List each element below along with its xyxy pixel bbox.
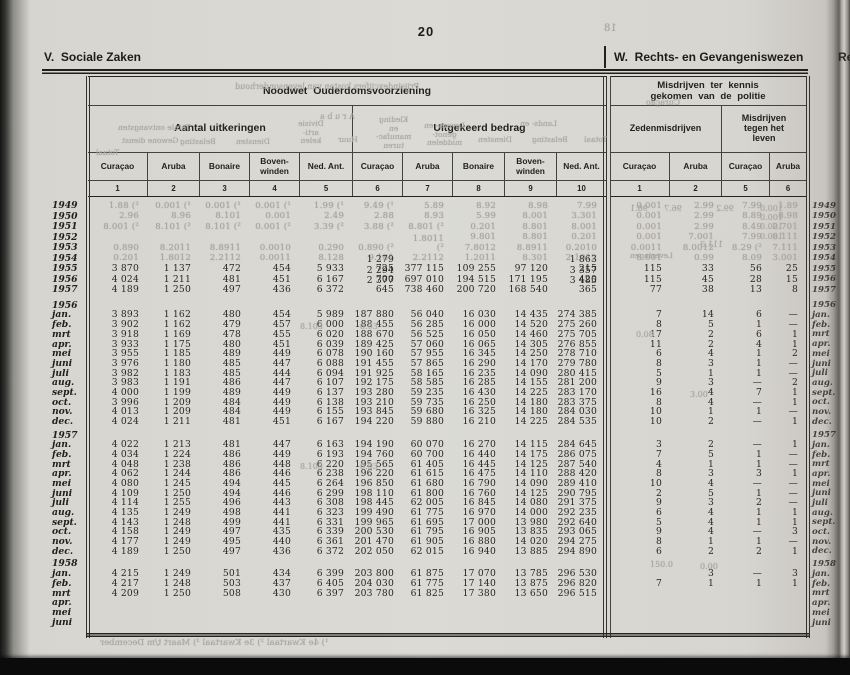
left-table-cell: 8.93 (403, 212, 453, 221)
bleed-through-text: ¹) 4e Kwartaal ²) 3e Kwartaal ³) Maart t… (100, 639, 328, 649)
right-table-cell: 0.001 (610, 212, 670, 221)
row-label: 1950 (50, 212, 88, 221)
left-table-cell: 1.8011 (² (403, 235, 453, 252)
right-table-cell: — (770, 460, 806, 469)
left-table-cell: 0.0011 (250, 254, 300, 263)
right-table-cell: 2 (670, 440, 722, 449)
left-table-cell: 61 825 (403, 589, 453, 598)
bleed-through-text: 96.7 (664, 204, 682, 213)
rcol-curacao: Curaçao (610, 153, 670, 180)
colnum-2: 2 (148, 181, 200, 196)
left-table-cell: 494 (200, 479, 250, 488)
left-table-cell: 57 865 (403, 359, 453, 368)
left-table-cell: 1 180 (148, 359, 200, 368)
bleed-through-text: Belasting (532, 136, 568, 145)
row-label: juni (50, 359, 88, 368)
table-row: jan.4 2151 2495014346 399203 80061 87517… (50, 569, 846, 579)
left-table-cell: 62 015 (403, 547, 453, 556)
left-table-cell: 478 (200, 330, 250, 339)
right-table-cell: — (722, 479, 770, 488)
row-label: 1949 (50, 201, 88, 210)
left-table-cell: 4 024 (88, 417, 148, 426)
row-label: mrt (50, 330, 88, 339)
bleed-through-text: Diensten (478, 136, 512, 145)
right-table-cell: 3 (770, 527, 806, 536)
left-table-cell: 1.2011 (453, 254, 505, 263)
rcolnum-6: 6 (770, 181, 806, 196)
col-bonaire: Bonaire (200, 153, 250, 180)
right-table-cell: 1 (670, 460, 722, 469)
left-table-cell: 0.201 (453, 223, 505, 232)
left-table-cell: 193 280 (353, 388, 403, 397)
table-row: feb.4 2171 2485034376 405204 03061 77517… (50, 578, 846, 588)
left-table-cell: 14 460 (505, 330, 557, 339)
right-table-cell: 1 (722, 460, 770, 469)
left-table-cell: 7.8012 (453, 244, 505, 253)
left-table-cell: 4 024 (88, 275, 148, 284)
left-table-cell: 8.101 (² (200, 223, 250, 232)
right-table-cell: 1 (770, 518, 806, 527)
left-table-cell: 1.99 (¹ (300, 202, 353, 211)
left-table-cell: 503 (200, 579, 250, 588)
rcolnum-5: 5 (722, 181, 770, 196)
row-label: aug. (50, 508, 88, 517)
colnum-7: 7 (403, 181, 453, 196)
left-table-cell: 202 050 (353, 547, 403, 556)
left-table-cell: 8.8911 (505, 244, 557, 253)
right-table-cell: 0.99 (670, 254, 722, 263)
bleed-through-text: Belasting (180, 138, 216, 147)
left-table-cell: 17 140 (453, 579, 505, 588)
right-table-cell: 4 (670, 349, 722, 358)
right-table-cell: — (722, 378, 770, 387)
right-table-cell: 3 (670, 378, 722, 387)
left-table-cell: 6 088 (300, 359, 353, 368)
right-table-cell: 45 (670, 275, 722, 284)
right-table-cell: 0.001 (610, 233, 670, 242)
left-table-cell: 495 (200, 537, 250, 546)
left-table-cell: 17 070 (453, 569, 505, 578)
right-table-cell: 1 (670, 369, 722, 378)
right-table-cell: — (722, 527, 770, 536)
bleed-through-text: A r u b a (320, 112, 355, 121)
right-table-cell: 1 (722, 349, 770, 358)
left-table-cell: 4 189 (88, 547, 148, 556)
row-label: sept. (50, 388, 88, 397)
right-table-cell: 1 (670, 537, 722, 546)
right-table-cell: 2 (670, 340, 722, 349)
right-table-cell: — (722, 569, 770, 578)
table-row: mrt3 9181 1694784556 020188 67056 52516 … (50, 329, 846, 339)
table-row: 19574 1891 2504974366 3722 377 645738 46… (50, 284, 846, 295)
left-table-cell: 4 000 (88, 388, 148, 397)
left-table-cell: 6 372 (300, 547, 353, 556)
right-table-cell: 28 (722, 275, 770, 284)
left-table-cell: 2.49 (300, 212, 353, 221)
left-table-cell: 6 399 (300, 569, 353, 578)
left-table-cell: 1 250 (148, 285, 200, 294)
left-table-cell: 437 (250, 579, 300, 588)
left-table-cell: 8.92 (453, 202, 505, 211)
left-table-cell: 3 485 365 (557, 276, 606, 294)
colnum-8: 8 (453, 181, 505, 196)
table-row: juni3 9761 1804854476 088191 45557 86516… (50, 358, 846, 368)
left-table-cell: 14 225 (505, 388, 557, 397)
left-table-cell: 8.801 (505, 233, 557, 242)
left-table-cell: 296 530 (557, 569, 606, 578)
left-table-cell: 9.801 (453, 233, 505, 242)
bleed-through-text: 98.1 (630, 204, 648, 213)
left-table-cell: 171 195 (505, 275, 557, 284)
bleed-through-text: Totaal (96, 149, 119, 158)
left-table-cell: 1 224 (148, 450, 200, 459)
left-table-cell: 436 (250, 547, 300, 556)
table-row: dec.4 0241 2114814516 167194 22059 88016… (50, 417, 846, 427)
right-table-cell: 77 (610, 285, 670, 294)
left-table-cell: 489 (200, 388, 250, 397)
right-table-cell: 1 (770, 417, 806, 426)
right-table-cell: 1 (770, 579, 806, 588)
left-table-cell: 61 775 (403, 579, 453, 588)
colnum-3: 3 (200, 181, 250, 196)
right-table-cell: 2 (722, 547, 770, 556)
left-table-cell: 283 170 (557, 388, 606, 397)
left-table-cell: 0.201 (88, 254, 148, 263)
col-curacao-2: Curaçao (353, 153, 403, 180)
left-table-cell: 16 940 (453, 547, 505, 556)
bleed-through-text: Leveringen (630, 252, 673, 261)
col-ned-ant: Ned. Ant. (300, 153, 353, 180)
left-table-cell: 200 720 (453, 285, 505, 294)
left-table-cell: 481 (200, 417, 250, 426)
row-label: 1951 (50, 222, 88, 231)
left-table-cell: 479 (200, 320, 250, 329)
right-table-cell: 2 (770, 378, 806, 387)
left-table-cell: 1 248 (148, 579, 200, 588)
left-table-cell: 8.001 (² (88, 223, 148, 232)
left-table-cell: 61 775 (403, 508, 453, 517)
section-title-right: W. Rechts- en Gevangeniswezen (614, 50, 803, 64)
bleed-through-text: Kleding en manufac- turen (376, 116, 411, 151)
left-table-cell: 501 (200, 569, 250, 578)
right-table-cell: — (770, 320, 806, 329)
bleed-through-text: 0.03 (360, 462, 378, 471)
left-table-cell: 6 372 (300, 285, 353, 294)
right-table-cell: 4 (722, 340, 770, 349)
right-table-cell: 7 (610, 579, 670, 588)
right-table-cell: 3 (670, 359, 722, 368)
left-table-cell: 296 515 (557, 589, 606, 598)
left-table-cell: 3.88 (² (353, 223, 403, 232)
left-table-cell: 5.89 (403, 202, 453, 211)
left-table-cell: 3 902 (88, 320, 148, 329)
row-label: 1955 (50, 264, 88, 273)
right-table-cell: 1 (770, 508, 806, 517)
left-table-cell: 1 211 (148, 275, 200, 284)
right-table-cell: 25 (770, 264, 806, 273)
left-table-cell: 449 (250, 450, 300, 459)
right-table-cell: 1 (770, 330, 806, 339)
right-table-cell: 1 (670, 407, 722, 416)
left-table-cell: 0.001 (² (250, 223, 300, 232)
left-table-cell: 508 (200, 589, 250, 598)
left-table-cell: 1.8012 (148, 254, 200, 263)
left-table-cell: 292 235 (557, 508, 606, 517)
left-table-cell: 8.96 (148, 212, 200, 221)
right-table-cell: — (770, 369, 806, 378)
right-table-cell: 1 (722, 579, 770, 588)
right-table-cell: 16 (610, 388, 670, 397)
left-table-cell: 4 215 (88, 569, 148, 578)
right-table-cell: 38 (670, 285, 722, 294)
left-table-cell: 61 680 (403, 479, 453, 488)
left-table-cell: 440 (250, 537, 300, 546)
left-table-cell: 447 (250, 359, 300, 368)
table-row: mrt4 2091 2505084306 397203 78061 82517 … (50, 588, 846, 598)
left-table-cell: 485 (200, 359, 250, 368)
left-table-cell: 451 (250, 417, 300, 426)
right-table-cell: 7 (610, 450, 670, 459)
left-table-cell: 17 380 (453, 589, 505, 598)
left-table-cell: 13 785 (505, 569, 557, 578)
table-row: mei3 9551 1854894496 078190 16057 95516 … (50, 349, 846, 359)
left-table-cell: 486 (200, 450, 250, 459)
right-table-column-names: Curaçao Aruba Curaçao Aruba (610, 153, 806, 181)
section-title-left: V. Sociale Zaken (44, 50, 141, 64)
bleed-through-text: 8.103 (300, 322, 323, 331)
left-table-cell: 0.2010 (557, 244, 606, 253)
right-table-cell: — (770, 489, 806, 498)
col-bonaire-2: Bonaire (453, 153, 505, 180)
right-table-cell: 1 (722, 518, 770, 527)
left-table-cell: 16 880 (453, 537, 505, 546)
table-row: 19540.2011.80122.21120.00118.1289.1812.2… (50, 253, 846, 264)
left-table-cell: 8.001 (505, 212, 557, 221)
left-table-cell: 445 (250, 479, 300, 488)
right-table-cell: 115 (610, 264, 670, 273)
next-page-edge-text: Re (838, 50, 850, 64)
left-table-cell: 430 (250, 589, 300, 598)
left-table-cell: 6 405 (300, 579, 353, 588)
left-table-cell: 8.128 (300, 254, 353, 263)
right-table-cell: 1 (722, 489, 770, 498)
bleed-through-text: Prijsindexcijfers kosten van levensonder… (235, 82, 419, 91)
left-table-cell: 8.101 (200, 212, 250, 221)
right-table-column-numbers: 1 2 5 6 (610, 181, 806, 197)
left-table-cell: 286 075 (557, 450, 606, 459)
right-table-cell: 1 (722, 407, 770, 416)
left-table-cell: 498 (200, 508, 250, 517)
right-table-cell: 1 (770, 440, 806, 449)
table-row: junijuni (50, 617, 846, 627)
table-row: aug.4 1351 2494984416 323199 49061 77516… (50, 508, 846, 518)
section-divider-line (604, 46, 606, 68)
table-row: feb.3 9021 1624794576 000188 45556 28516… (50, 320, 846, 330)
bleed-through-text: 8.103 (300, 462, 323, 471)
year-block-label-row: 19581958 (50, 559, 846, 569)
row-label: dec. (50, 547, 88, 556)
right-table-cell: — (770, 537, 806, 546)
left-table-cell: 1 199 (148, 388, 200, 397)
right-table-cell: — (722, 440, 770, 449)
left-table-cell: 294 890 (557, 547, 606, 556)
right-table-group-row: Zedenmisdrijven Misdrijven tegen het lev… (610, 106, 806, 153)
left-table-cell: 1 162 (148, 320, 200, 329)
right-table-cell: 1 (722, 369, 770, 378)
left-table-cell: 296 820 (557, 579, 606, 588)
left-table-cell: 0.001 (¹ (200, 202, 250, 211)
bleed-through-text: 150.0 (650, 560, 673, 569)
right-table-cell: 14 (670, 310, 722, 319)
right-table-cell: 0.001 (610, 223, 670, 232)
left-table-cell: 8.101 (² (148, 223, 200, 232)
left-table-cell: 449 (250, 388, 300, 397)
right-table-cell: 8 (610, 537, 670, 546)
bleed-through-text: Diensten (236, 138, 270, 147)
left-table-cell: 13 885 (505, 547, 557, 556)
right-table-cell: 3 (670, 469, 722, 478)
bleed-through-text: Lands- en (520, 120, 557, 129)
right-table-cell: 3 (670, 498, 722, 507)
row-label: dec. (50, 417, 88, 426)
left-table-cell: 14 170 (505, 359, 557, 368)
left-table-cell: 109 255 (453, 264, 505, 273)
right-table-cell: 1 (722, 537, 770, 546)
right-table-cell: 1 (770, 340, 806, 349)
left-table-cell: 199 490 (353, 508, 403, 517)
left-table-cell: 294 275 (557, 537, 606, 546)
left-table-cell: 8.301 (505, 254, 557, 263)
right-table-cell: 33 (670, 264, 722, 273)
col-ned-ant-2: Ned. Ant. (557, 153, 606, 180)
bleed-through-text: Levens- en genot- middelen (424, 122, 465, 148)
left-table-cell: 6 167 (300, 417, 353, 426)
right-table-cell: 1 (770, 469, 806, 478)
right-table-cell: 8.29 (² (722, 244, 770, 253)
rcolnum-2: 2 (670, 181, 722, 196)
right-table-cell: 5 (670, 450, 722, 459)
left-table-cell: 4 034 (88, 450, 148, 459)
left-table-cell: 1 245 (148, 479, 200, 488)
left-table-cell: 8.801 (² (403, 223, 453, 232)
row-label: 1954 (50, 254, 88, 263)
left-table-cell: 0.890 (² (353, 244, 403, 253)
left-table-cell: 14 520 (505, 320, 557, 329)
col-aruba: Aruba (148, 153, 200, 180)
right-table-cell: 2 (670, 547, 722, 556)
left-table-cell: 4 209 (88, 589, 148, 598)
col-aruba-2: Aruba (403, 153, 453, 180)
left-table-cell: 61 905 (403, 537, 453, 546)
table-bottom-double-rule (86, 633, 809, 637)
book-binding-shadow (0, 0, 30, 659)
left-table-cell: 1 137 (148, 264, 200, 273)
left-table-cell: 3 918 (88, 330, 148, 339)
row-label: 1957 (50, 285, 88, 294)
left-table-cell: 455 (250, 330, 300, 339)
left-table-cell: 275 705 (557, 330, 606, 339)
right-table-cell: 1 (770, 547, 806, 556)
bleed-through-text: Totale ontvangsten (118, 124, 190, 133)
right-table-cell: 13 (722, 285, 770, 294)
left-table-cell: 2 377 645 (353, 276, 403, 294)
table-row: apr.apr. (50, 598, 846, 608)
left-table-cell: 8.2011 (148, 244, 200, 253)
right-table-cell: 1 (722, 508, 770, 517)
left-table-cell: 2.88 (353, 212, 403, 221)
left-table-cell: 434 (250, 569, 300, 578)
left-table-cell: 13 650 (505, 589, 557, 598)
right-table-cell: 1 (670, 579, 722, 588)
bleed-through-text: 3.00 (690, 390, 708, 399)
left-table-cell: 188 670 (353, 330, 403, 339)
left-table-cell: 6 137 (300, 388, 353, 397)
bleed-through-text: Gewone dienst (122, 137, 178, 146)
row-label: jan. (50, 569, 88, 578)
left-table-cell: 6 193 (300, 450, 353, 459)
left-table-cell: 0.001 (¹ (250, 202, 300, 211)
table-row: 19530.8908.20118.89110.00100.2900.890 (²… (50, 242, 846, 253)
right-table-cell: — (770, 310, 806, 319)
left-table-cell: 14 090 (505, 479, 557, 488)
left-table-cell: 8.98 (505, 202, 557, 211)
table-row: 19553 8701 1374724545 9331 279 725377 11… (50, 263, 846, 274)
left-table-cell: 14 175 (505, 450, 557, 459)
row-label: mei (50, 479, 88, 488)
right-table-cell: 8 (610, 320, 670, 329)
left-table-cell: 4 080 (88, 479, 148, 488)
right-table-cell: 2 (670, 417, 722, 426)
left-table-cell: 289 410 (557, 479, 606, 488)
left-table-cell: 481 (200, 275, 250, 284)
right-table-cell: 4 (670, 527, 722, 536)
right-table-cell: 15 (770, 275, 806, 284)
page-number: 20 (404, 24, 448, 39)
left-table-cell: 16 790 (453, 479, 505, 488)
left-table-cell: 56 525 (403, 330, 453, 339)
left-table-cell: 1 169 (148, 330, 200, 339)
table-row: sept.4 0001 1994894496 137193 28059 2351… (50, 388, 846, 398)
colnum-4: 4 (250, 181, 300, 196)
colnum-5: 5 (300, 181, 353, 196)
table-row: feb.4 0341 2244864496 193194 76060 70016… (50, 449, 846, 459)
left-table-cell: 203 800 (353, 569, 403, 578)
left-table-cell: 16 210 (453, 417, 505, 426)
colnum-10: 10 (557, 181, 606, 196)
bleed-through-text: Huur (338, 136, 358, 145)
left-table-cell: 4 135 (88, 508, 148, 517)
left-table-cell: 3.39 (² (300, 223, 353, 232)
right-table-header: Misdrijven ter kennis gekomen van de pol… (610, 76, 806, 197)
bleed-through-text: Totaal (584, 136, 607, 145)
bleed-through-text: 18 (604, 23, 617, 35)
left-table-cell: 1 249 (148, 508, 200, 517)
row-label: 1952 (50, 233, 88, 242)
right-table-cell: — (722, 398, 770, 407)
left-table-cell: 497 (200, 547, 250, 556)
left-table-cell: 377 115 (403, 264, 453, 273)
left-table-cell: 14 020 (505, 537, 557, 546)
right-table-cell: — (770, 479, 806, 488)
row-label: feb. (50, 320, 88, 329)
photo-bottom-strip (0, 658, 850, 675)
left-table-cell: 454 (250, 264, 300, 273)
bleed-through-text: 99.2 (716, 204, 734, 213)
left-table-cell: 1 211 (148, 417, 200, 426)
left-table-cell: 194 220 (353, 417, 403, 426)
right-table-cell: 10 (610, 479, 670, 488)
right-table-cell: — (722, 417, 770, 426)
